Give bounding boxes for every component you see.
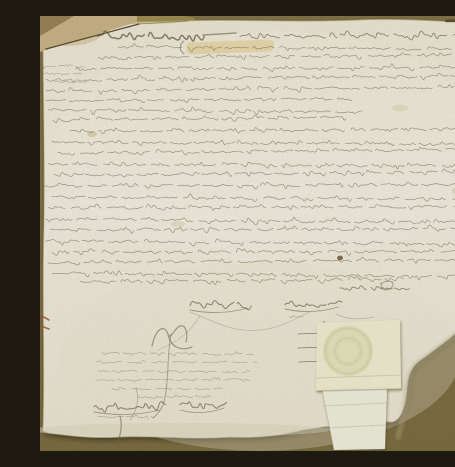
manuscript-photo	[40, 16, 455, 451]
photo-grain	[40, 16, 455, 451]
manuscript-canvas	[40, 16, 455, 451]
